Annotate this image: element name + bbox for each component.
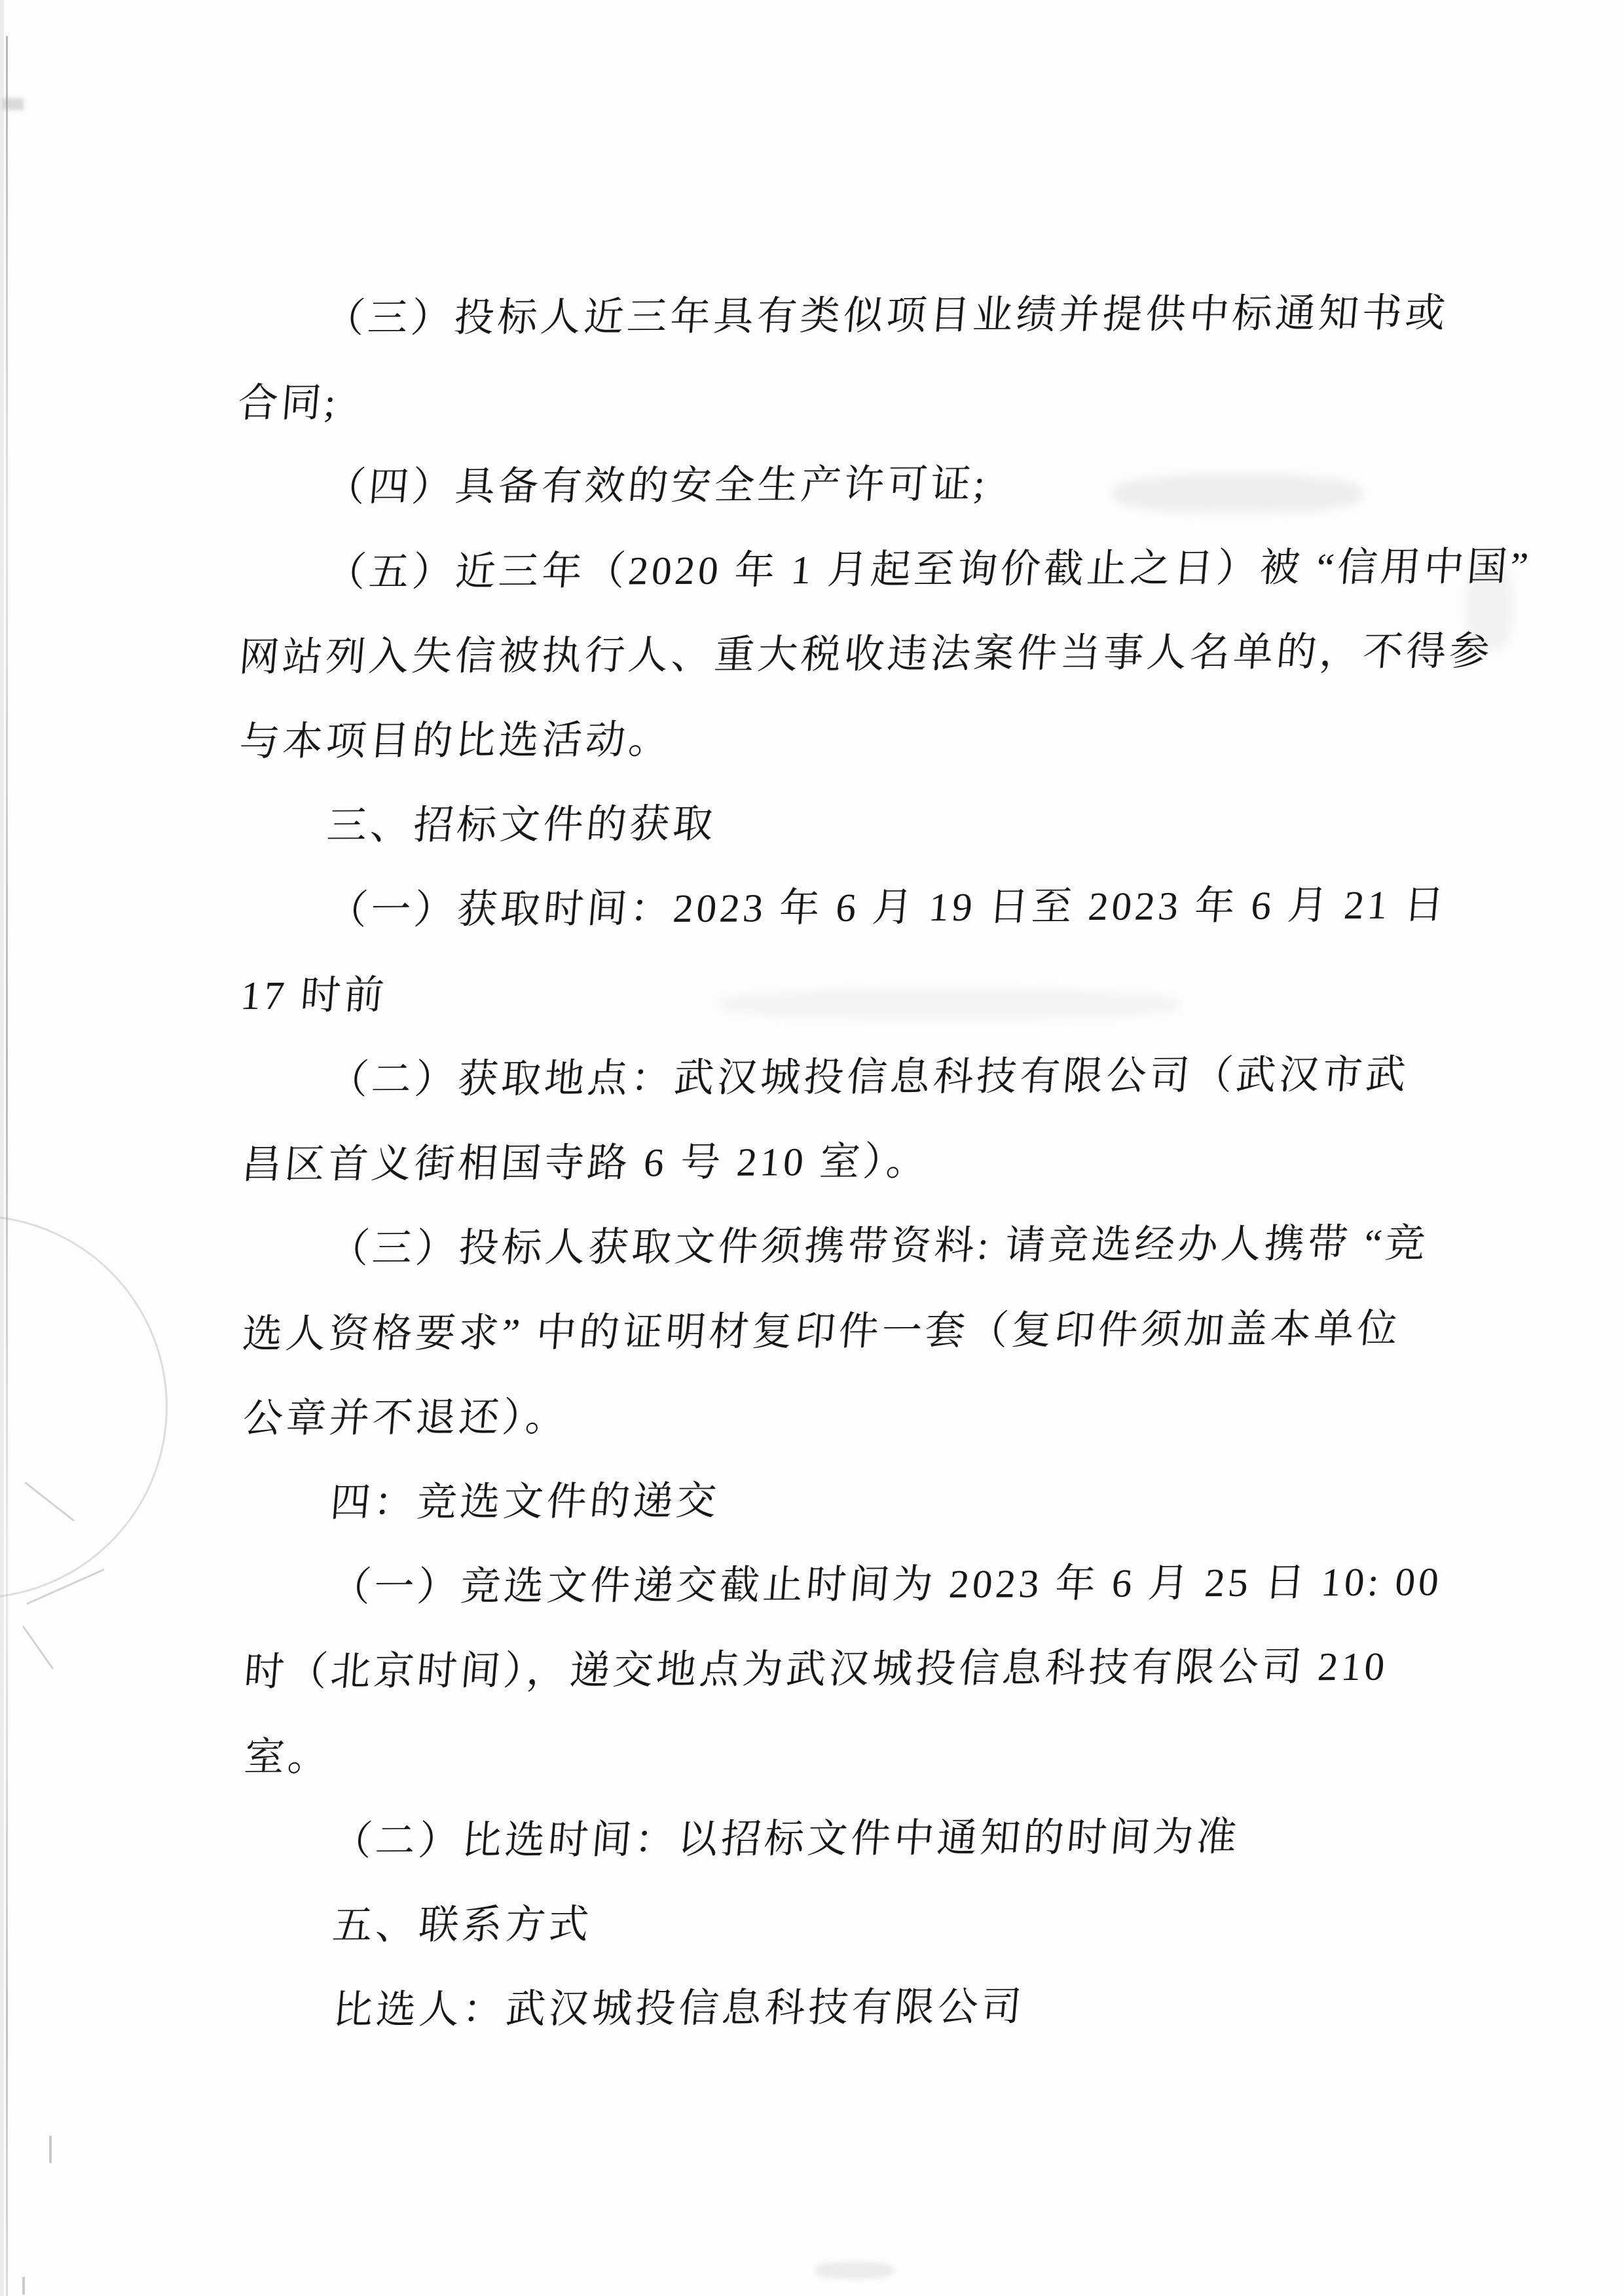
doc-line-17: 时（北京时间），递交地点为武汉城投信息科技有限公司 210: [242, 1646, 1390, 1694]
doc-line-13: 选人资格要求” 中的证明材复印件一套（复印件须加盖本单位: [241, 1308, 1403, 1357]
doc-line-16: （一）竞选文件递交截止时间为 2023 年 6 月 25 日 10: 00: [242, 1561, 1443, 1610]
doc-line-18: 室。: [243, 1736, 333, 1780]
doc-line-9: 17 时前: [239, 974, 389, 1018]
doc-line-5: 网站列入失信被执行人、重大税收违法案件当事人名单的，不得参: [237, 630, 1494, 680]
doc-line-3: （四）具备有效的安全生产许可证;: [236, 464, 989, 510]
scanned-document-page: （三）投标人近三年具有类似项目业绩并提供中标通知书或 合同; （四）具备有效的安…: [0, 0, 1624, 2296]
doc-line-12: （三）投标人获取文件须携带资料: 请竞选经办人携带 “竞: [240, 1222, 1430, 1271]
doc-line-8: （一）获取时间：2023 年 6 月 19 日至 2023 年 6 月 21 日: [238, 884, 1449, 933]
doc-line-21: 比选人：武汉城投信息科技有限公司: [244, 1986, 1026, 2033]
doc-line-19: （二）比选时间：以招标文件中通知的时间为准: [243, 1816, 1241, 1864]
doc-line-20: 五、联系方式: [244, 1904, 593, 1948]
doc-line-1: （三）投标人近三年具有类似项目业绩并提供中标通知书或: [236, 292, 1450, 341]
doc-line-7: 三、招标文件的获取: [238, 803, 718, 848]
doc-line-10: （二）获取地点：武汉城投信息科技有限公司（武汉市武: [240, 1054, 1411, 1103]
doc-line-4: （五）近三年（2020 年 1 月起至询价截止之日）被 “信用中国”: [237, 546, 1533, 596]
doc-line-14: 公章并不退还）。: [241, 1396, 570, 1441]
document-body: （三）投标人近三年具有类似项目业绩并提供中标通知书或 合同; （四）具备有效的安…: [0, 0, 1624, 2296]
doc-line-6: 与本项目的比选活动。: [238, 719, 673, 764]
doc-line-15: 四：竞选文件的递交: [242, 1480, 721, 1525]
doc-line-11: 昌区首义街相国寺路 6 号 210 室）。: [240, 1140, 931, 1187]
doc-line-2: 合同;: [236, 382, 341, 426]
